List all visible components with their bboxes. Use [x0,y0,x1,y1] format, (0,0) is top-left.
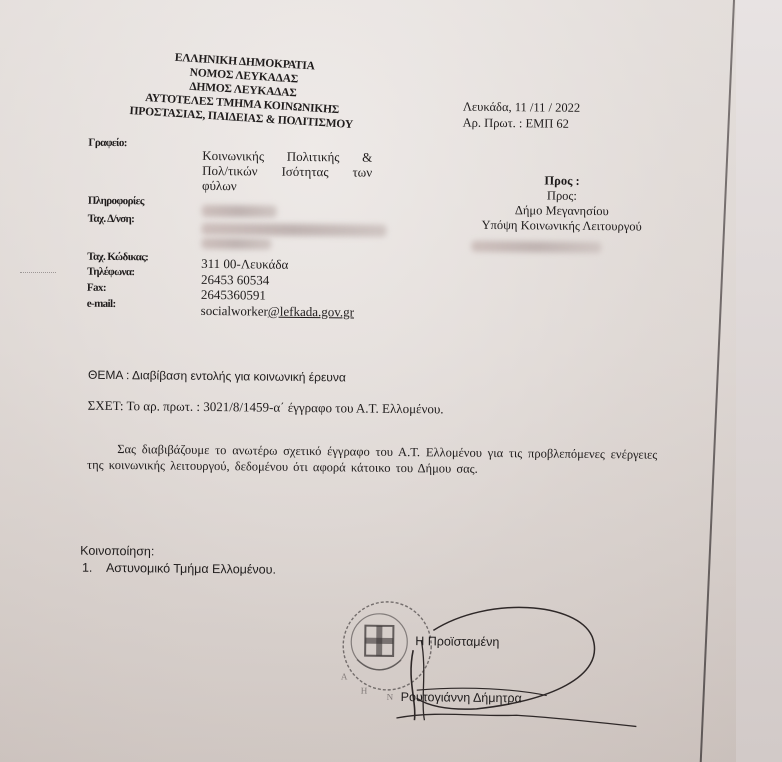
label-postal-code: Ταχ. Κώδικας: [87,251,148,264]
redacted-address-line2 [201,238,271,250]
label-phone: Τηλέφωνα: [87,266,134,278]
office-line: φύλων [202,178,372,195]
redacted-recipient [471,241,601,253]
email-value[interactable]: socialworker@lefkada.gov.gr [201,302,355,319]
label-office: Γραφείο: [88,137,126,149]
signature-name: Ρουτογιάννη Δήμητρα [401,690,522,705]
date-protocol-block: Λευκάδα, 11 /11 / 2022 Αρ. Πρωτ. : ΕΜΠ 6… [463,99,581,132]
label-email: e-mail: [87,298,116,310]
label-info: Πληροφορίες [88,195,144,208]
cc-item-number: 1. [82,560,106,577]
svg-text:Ν: Ν [387,692,394,702]
email-domain-link[interactable]: @lefkada.gov.gr [268,303,354,319]
recipient-block: Προς : Προς: Δήμο Μεγανησίου Υπόψη Κοινω… [452,173,673,235]
postal-code-value: 311 00-Λευκάδα [201,256,355,273]
signature-title: Η Προϊσταμένη [415,634,499,649]
protocol-number: Αρ. Πρωτ. : ΕΜΠ 62 [463,115,580,132]
recipient-line: Υπόψη Κοινωνικής Λειτουργού [452,218,672,235]
cc-item: 1.Αστυνομικό Τμήμα Ελλομένου. [80,560,276,579]
letterhead: ΕΛΛΗΝΙΚΗ ΔΗΜΟΚΡΑΤΙΑ ΝΟΜΟΣ ΛΕΥΚΑΔΑΣ ΔΗΜΟΣ… [111,47,375,133]
label-fax: Fax: [87,282,106,294]
email-user: socialworker [201,302,268,318]
svg-text:Α: Α [341,671,348,681]
letter-document: ΕΛΛΗΝΙΚΗ ΔΗΜΟΚΡΑΤΙΑ ΝΟΜΟΣ ΛΕΥΚΑΔΑΣ ΔΗΜΟΣ… [0,0,782,762]
office-line: Κοινωνικής Πολιτικής & [202,148,372,165]
redacted-address [202,223,387,237]
cc-heading: Κοινοποίηση: [80,543,276,562]
redacted-info [202,205,277,218]
body-paragraph: Σας διαβιβάζουμε το ανωτέρω σχετικό έγγρ… [87,441,657,479]
svg-text:Η: Η [361,686,368,696]
subject-line: ΘΕΜΑ : Διαβίβαση εντολής για κοινωνική έ… [88,368,346,385]
place-date: Λευκάδα, 11 /11 / 2022 [463,99,580,116]
contact-values: 311 00-Λευκάδα 26453 60534 2645360591 so… [201,256,355,320]
cc-block: Κοινοποίηση: 1.Αστυνομικό Τμήμα Ελλομένο… [80,543,276,579]
fax-value: 2645360591 [201,287,355,304]
phone-value: 26453 60534 [201,271,355,288]
reference-line: ΣΧΕΤ: Το αρ. πρωτ. : 3021/8/1459-α΄ έγγρ… [88,398,444,418]
cc-item-text: Αστυνομικό Τμήμα Ελλομένου. [106,561,276,577]
office-value: Κοινωνικής Πολιτικής & Πολ/τικών Ισότητα… [202,148,372,195]
office-line: Πολ/τικών Ισότητας των [202,163,372,180]
label-address: Ταχ. Δ/νση: [88,213,135,225]
